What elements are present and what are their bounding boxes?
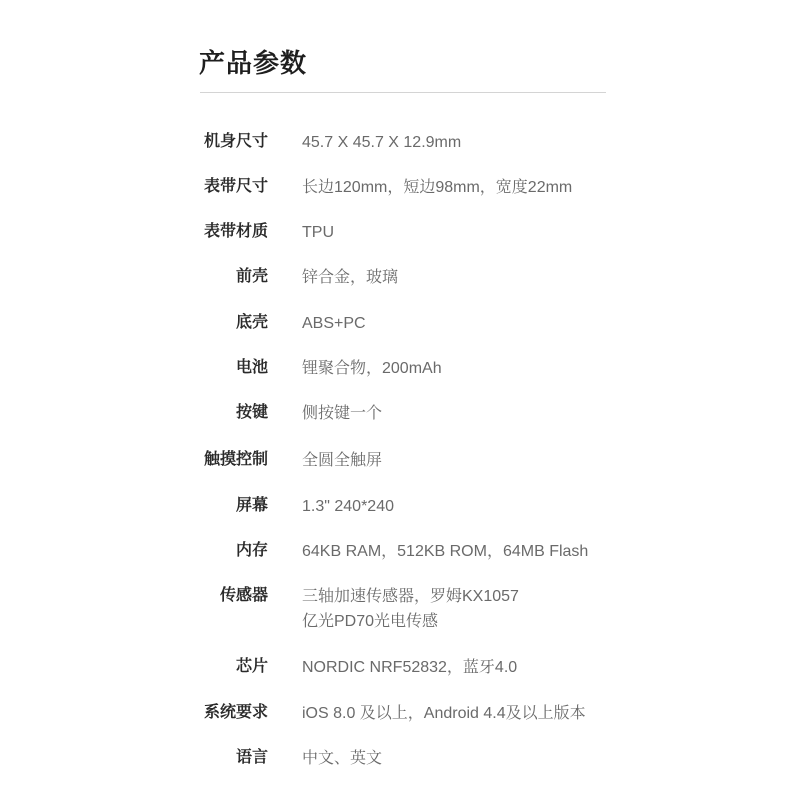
spec-label: 前壳: [190, 265, 268, 287]
spec-value: 长边120mm，短边98mm，宽度22mm: [302, 175, 572, 200]
spec-label: 表带材质: [190, 220, 268, 242]
spec-value: iOS 8.0 及以上，Android 4.4及以上版本: [302, 701, 586, 726]
spec-label: 表带尺寸: [190, 175, 268, 197]
page-title: 产品参数: [199, 46, 307, 82]
spec-value: NORDIC NRF52832，蓝牙4.0: [302, 655, 517, 680]
spec-row-system-requirements: 系统要求 iOS 8.0 及以上，Android 4.4及以上版本: [190, 701, 630, 726]
spec-value: TPU: [302, 220, 334, 245]
spec-label: 语言: [190, 746, 268, 768]
spec-row-strap-material: 表带材质 TPU: [190, 220, 630, 245]
spec-row-body-size: 机身尺寸 45.7 X 45.7 X 12.9mm: [190, 130, 630, 155]
spec-row-sensors: 传感器 三轴加速传感器，罗姆KX1057 亿光PD70光电传感: [190, 584, 630, 634]
spec-row-language: 语言 中文、英文: [190, 746, 630, 771]
spec-label: 电池: [190, 356, 268, 378]
spec-value: 中文、英文: [302, 746, 382, 771]
spec-value-line: 三轴加速传感器，罗姆KX1057: [302, 584, 519, 609]
spec-value: 64KB RAM，512KB ROM，64MB Flash: [302, 539, 588, 564]
spec-row-back-case: 底壳 ABS+PC: [190, 311, 630, 336]
spec-row-chip: 芯片 NORDIC NRF52832，蓝牙4.0: [190, 655, 630, 680]
spec-row-touch-control: 触摸控制 全圆全触屏: [190, 448, 630, 473]
spec-label: 芯片: [190, 655, 268, 677]
title-divider: [200, 92, 606, 93]
spec-row-buttons: 按键 侧按键一个: [190, 401, 630, 426]
spec-label: 触摸控制: [190, 448, 268, 470]
spec-value: 侧按键一个: [302, 401, 382, 426]
spec-value: 三轴加速传感器，罗姆KX1057 亿光PD70光电传感: [302, 584, 519, 634]
spec-value: 45.7 X 45.7 X 12.9mm: [302, 130, 461, 155]
spec-value: 全圆全触屏: [302, 448, 382, 473]
spec-label: 机身尺寸: [190, 130, 268, 152]
spec-label: 内存: [190, 539, 268, 561]
spec-label: 系统要求: [190, 701, 268, 723]
spec-label: 传感器: [190, 584, 268, 606]
spec-label: 按键: [190, 401, 268, 423]
spec-row-front-case: 前壳 锌合金，玻璃: [190, 265, 630, 290]
spec-value: 锂聚合物，200mAh: [302, 356, 442, 381]
spec-row-strap-size: 表带尺寸 长边120mm，短边98mm，宽度22mm: [190, 175, 630, 200]
spec-row-memory: 内存 64KB RAM，512KB ROM，64MB Flash: [190, 539, 630, 564]
spec-row-battery: 电池 锂聚合物，200mAh: [190, 356, 630, 381]
spec-value: ABS+PC: [302, 311, 366, 336]
spec-value: 锌合金，玻璃: [302, 265, 398, 290]
spec-row-screen: 屏幕 1.3" 240*240: [190, 494, 630, 519]
spec-value-line: 亿光PD70光电传感: [302, 609, 519, 634]
spec-label: 屏幕: [190, 494, 268, 516]
spec-value: 1.3" 240*240: [302, 494, 394, 519]
spec-label: 底壳: [190, 311, 268, 333]
